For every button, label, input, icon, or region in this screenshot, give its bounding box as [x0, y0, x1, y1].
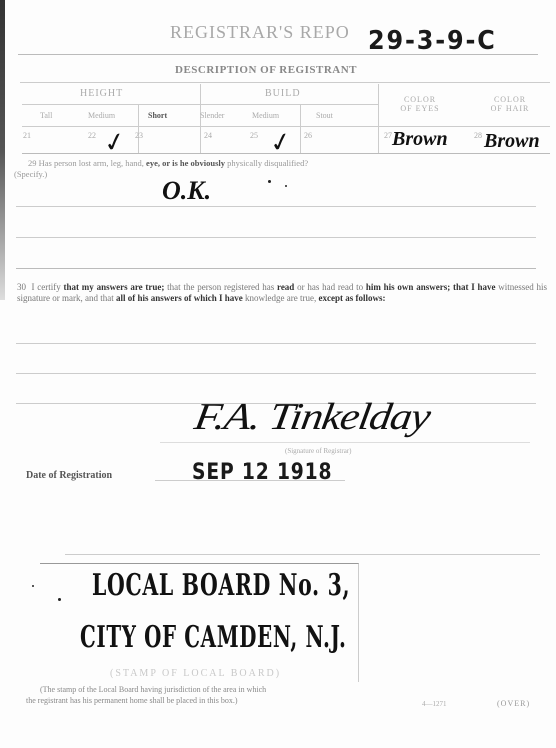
header-eye-color: COLOR OF EYES: [400, 95, 440, 113]
hair-color-value: Brown: [484, 130, 540, 153]
subheader-medium-build: Medium: [252, 111, 279, 120]
ink-dot: [32, 585, 34, 587]
question-29-answer: O.K.: [162, 176, 211, 206]
ink-dot: [285, 185, 287, 187]
header-hair-color: COLOR OF HAIR: [490, 95, 530, 113]
signature-label: (Signature of Registrar): [285, 447, 351, 455]
table-bottom-rule: [22, 153, 550, 154]
date-label: Date of Registration: [26, 470, 112, 481]
cell-number: 27: [384, 131, 392, 140]
question-29-specify: (Specify.): [14, 169, 47, 179]
question-29-text: 29 Has person lost arm, leg, hand, eye, …: [28, 158, 308, 168]
checkmark-icon: ✓: [267, 126, 295, 160]
answer-line: [16, 268, 536, 269]
header-height: HEIGHT: [80, 88, 123, 99]
col-divider: [138, 105, 139, 153]
subheader-short: Short: [148, 111, 167, 120]
subheader-tall: Tall: [40, 111, 52, 120]
divider: [18, 54, 538, 55]
col-divider: [378, 84, 379, 154]
cell-number: 21: [23, 131, 31, 140]
form-number: 4—1271: [422, 700, 447, 708]
answer-line: [16, 237, 536, 238]
ink-dot: [268, 180, 271, 183]
serial-number-stamp: 29-3-9-C: [368, 26, 497, 56]
ink-dot: [58, 598, 61, 601]
subheader-medium: Medium: [88, 111, 115, 120]
page-edge-shadow: [0, 0, 5, 300]
subheader-stout: Stout: [316, 111, 333, 120]
col-divider: [300, 105, 301, 153]
answer-line: [16, 343, 536, 344]
cell-number: 26: [304, 131, 312, 140]
cell-number: 22: [88, 131, 96, 140]
header-build: BUILD: [265, 88, 301, 99]
stamp-box-label: (STAMP OF LOCAL BOARD): [110, 668, 281, 679]
local-board-stamp-line1: LOCAL BOARD No. 3,: [92, 568, 350, 603]
over-label: (OVER): [497, 699, 530, 708]
certification-text: 30 I certify that my answers are true; t…: [17, 282, 547, 304]
subheader-slender: Slender: [200, 111, 224, 120]
table-top-rule: [20, 82, 550, 83]
form-title: REGISTRAR'S REPO: [170, 22, 350, 43]
cell-number: 25: [250, 131, 258, 140]
registration-date-stamp: SEP 12 1918: [192, 460, 332, 485]
stamp-area-top-rule: [65, 554, 540, 555]
subheader-rule: [22, 104, 378, 105]
stamp-caption: (The stamp of the Local Board having jur…: [26, 684, 366, 706]
checkmark-icon: ✓: [101, 126, 129, 160]
section-title: DESCRIPTION OF REGISTRANT: [175, 64, 357, 76]
cell-number: 28: [474, 131, 482, 140]
local-board-stamp-line2: CITY OF CAMDEN, N.J.: [80, 620, 347, 655]
eye-color-value: Brown: [392, 128, 448, 151]
signature-line: [160, 442, 530, 443]
answer-line: [16, 373, 536, 374]
cell-number: 23: [135, 131, 143, 140]
answer-line: [16, 206, 536, 207]
cell-number: 24: [204, 131, 212, 140]
registrar-signature: F.A. Tinkelday: [191, 395, 432, 439]
